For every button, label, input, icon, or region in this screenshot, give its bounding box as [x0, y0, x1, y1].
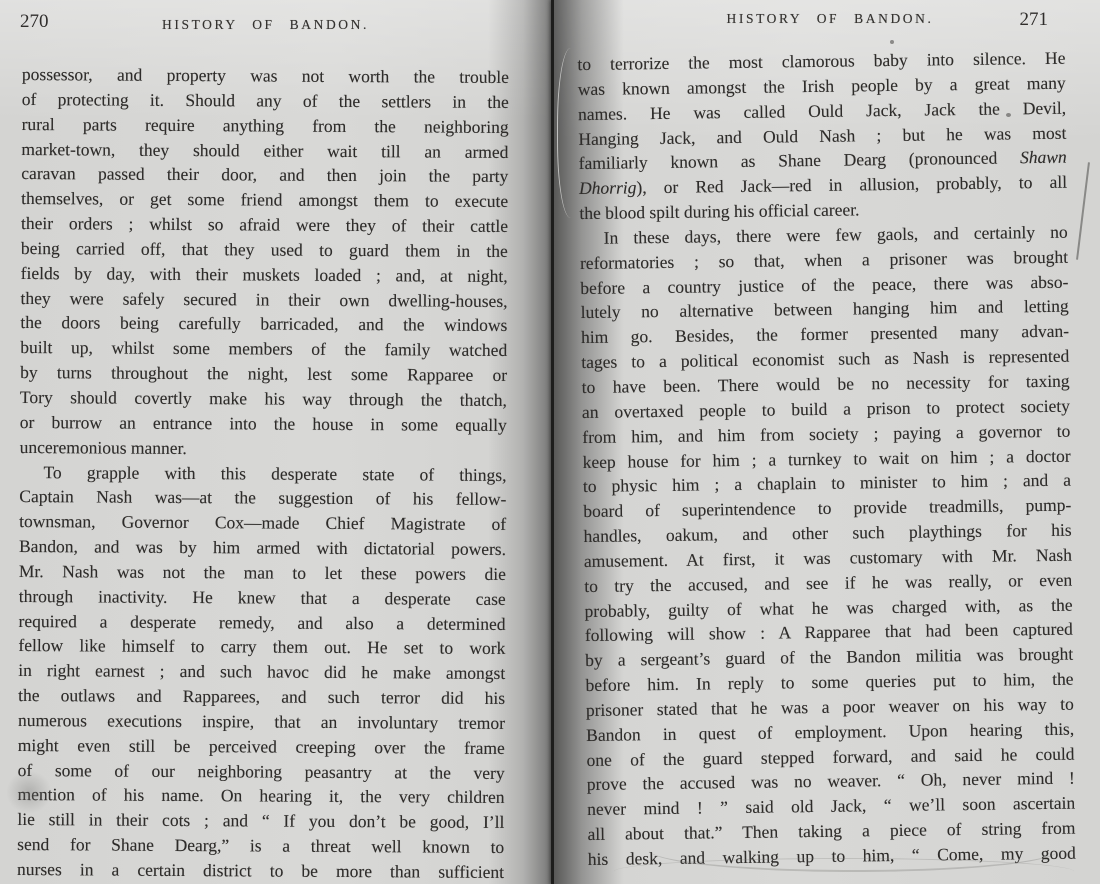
text-line: fields by day, with their muskets loaded… — [21, 261, 508, 289]
right-page: HISTORY OF BANDON. 271 to terrorize the … — [554, 0, 1100, 884]
right-page-text: to terrorize the most clamorous baby int… — [577, 46, 1076, 872]
text-line: lie still in their cots ; and “ If you d… — [17, 807, 504, 835]
scan-smudge — [6, 770, 52, 814]
text-line: by turns throughout the night, lest some… — [20, 360, 507, 388]
right-running-header: HISTORY OF BANDON. — [586, 11, 1074, 27]
text-line: of protecting it. Should any of the sett… — [22, 87, 509, 115]
text-line: rural parts require anything from the ne… — [22, 112, 509, 140]
text-line: nurses in a certain district to be more … — [17, 857, 504, 884]
pencil-scribble — [614, 858, 1074, 884]
text-line: required a desperate remedy, and also a … — [19, 609, 506, 637]
text-line: unceremonious manner. — [20, 435, 507, 463]
page-curl-highlight — [557, 48, 584, 218]
left-page: 270 HISTORY OF BANDON. possessor, and pr… — [0, 0, 552, 884]
text-line: numerous executions inspire, that an inv… — [18, 708, 505, 736]
scan-artifact-line — [1076, 162, 1090, 260]
text-line: or burrow an entrance into the house in … — [20, 410, 507, 438]
text-line: they were safely secured in their own dw… — [20, 286, 507, 314]
text-line: their orders ; whilst so afraid were the… — [21, 211, 508, 239]
text-line: themselves, or get some friend amongst t… — [21, 186, 508, 214]
text-line: Bandon, and was by him armed with dictat… — [19, 534, 506, 562]
text-line: Captain Nash was—at the suggestion of hi… — [19, 484, 506, 512]
book-scan: 270 HISTORY OF BANDON. possessor, and pr… — [0, 0, 1100, 884]
text-line: send for Shane Dearg,” is a threat well … — [17, 832, 504, 860]
scan-speck — [1006, 113, 1011, 117]
left-running-header: HISTORY OF BANDON. — [22, 17, 509, 33]
text-line: Mr. Nash was not the man to let these po… — [19, 559, 506, 587]
right-page-number: 271 — [1020, 9, 1049, 31]
left-page-text: possessor, and property was not worth th… — [17, 62, 509, 884]
text-line: townsman, Governor Cox—made Chief Magist… — [19, 509, 506, 537]
text-line: of some of our neighboring peasantry at … — [18, 758, 505, 786]
text-line: fellow like himself to carry them out. H… — [18, 633, 505, 661]
text-line: To grapple with this desperate state of … — [19, 459, 506, 487]
text-line: mention of his name. On hearing it, the … — [17, 782, 504, 810]
text-line: caravan passed their door, and then join… — [21, 161, 508, 189]
text-line: market-town, they should either wait til… — [21, 137, 508, 165]
text-line: might even still be perceived creeping o… — [18, 733, 505, 761]
scan-speck — [890, 40, 894, 44]
text-line: Tory should covertly make his way throug… — [20, 385, 507, 413]
text-line: the outlaws and Rapparees, and such terr… — [18, 683, 505, 711]
text-line: possessor, and property was not worth th… — [22, 62, 509, 90]
text-line: in right earnest ; and such havoc did he… — [18, 658, 505, 686]
text-line: the doors being carefully barricaded, an… — [20, 310, 507, 338]
text-line: being carried off, that they used to gua… — [21, 236, 508, 264]
text-line: through inactivity. He knew that a despe… — [19, 584, 506, 612]
text-line: built up, whilst some members of the fam… — [20, 335, 507, 363]
